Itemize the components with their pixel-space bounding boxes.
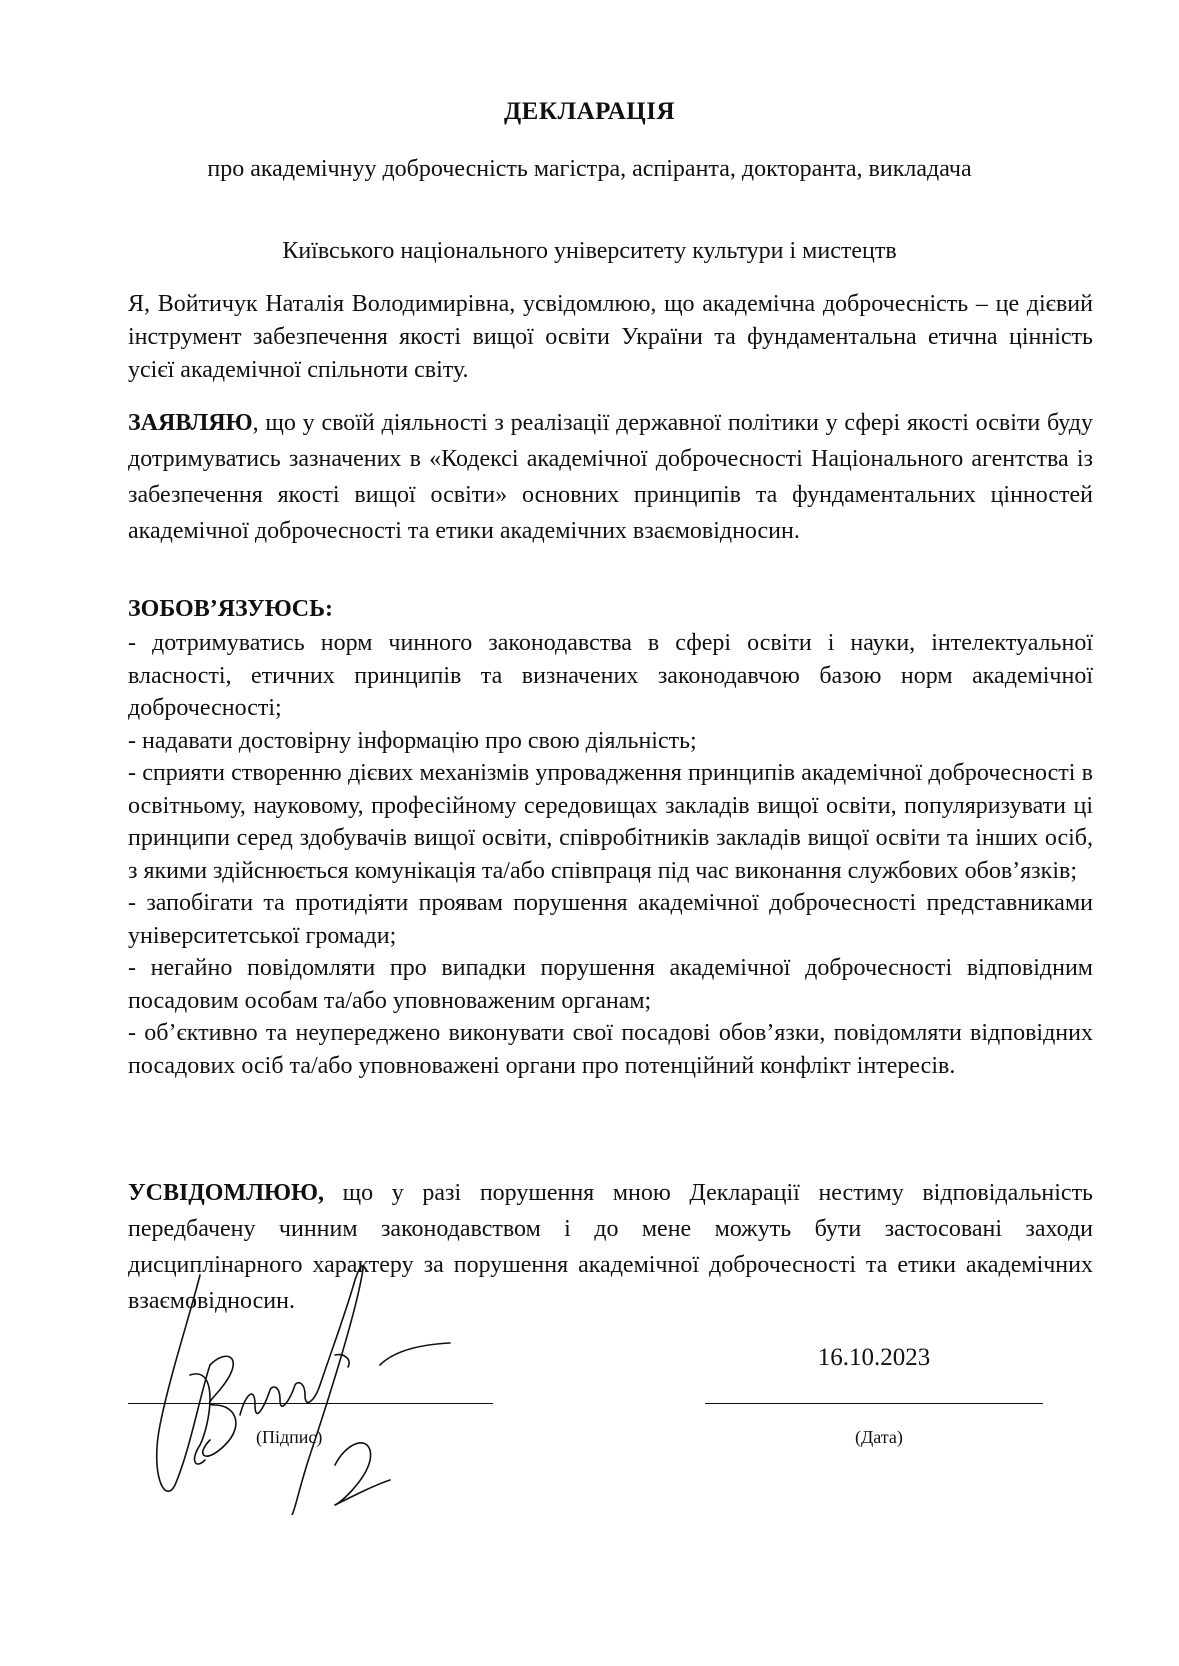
subtitle-text: про академічнуу доброчесність магістра, … <box>207 156 971 182</box>
commitments-heading: ЗОБОВ’ЯЗУЮСЬ: <box>128 594 1093 624</box>
declaration-page: ДЕКЛАРАЦІЯ про академічнуу доброчесність… <box>0 0 1179 1666</box>
commitment-item: - сприяти створенню дієвих механізмів уп… <box>128 757 1093 887</box>
commitment-item: - негайно повідомляти про випадки поруше… <box>128 952 1093 1017</box>
declare-lead: ЗАЯВЛЯЮ <box>128 410 253 436</box>
date-value: 16.10.2023 <box>705 1344 1043 1372</box>
document-subtitle: про академічнуу доброчесність магістра, … <box>0 154 1179 184</box>
commitment-item: - дотримуватись норм чинного законодавст… <box>128 627 1093 725</box>
commitments-list: - дотримуватись норм чинного законодавст… <box>128 627 1093 1082</box>
date-caption: (Дата) <box>855 1427 903 1448</box>
commitment-item: - об’єктивно та неупереджено виконувати … <box>128 1017 1093 1082</box>
document-title: ДЕКЛАРАЦІЯ <box>0 98 1179 126</box>
university-name: Київського національного університету ку… <box>0 238 1179 265</box>
declare-text: , що у своїй діяльності з реалізації дер… <box>128 410 1093 544</box>
intro-paragraph: Я, Войтичук Наталія Володимирівна, усвід… <box>128 288 1093 387</box>
commitment-item: - надавати достовірну інформацію про сво… <box>128 725 1093 758</box>
declare-paragraph: ЗАЯВЛЯЮ, що у своїй діяльності з реаліза… <box>128 405 1093 549</box>
date-line <box>705 1403 1043 1404</box>
acknowledge-lead: УСВІДОМЛЮЮ, <box>128 1180 324 1206</box>
commitment-item: - запобігати та протидіяти проявам поруш… <box>128 887 1093 952</box>
handwritten-signature-icon <box>130 1255 550 1515</box>
